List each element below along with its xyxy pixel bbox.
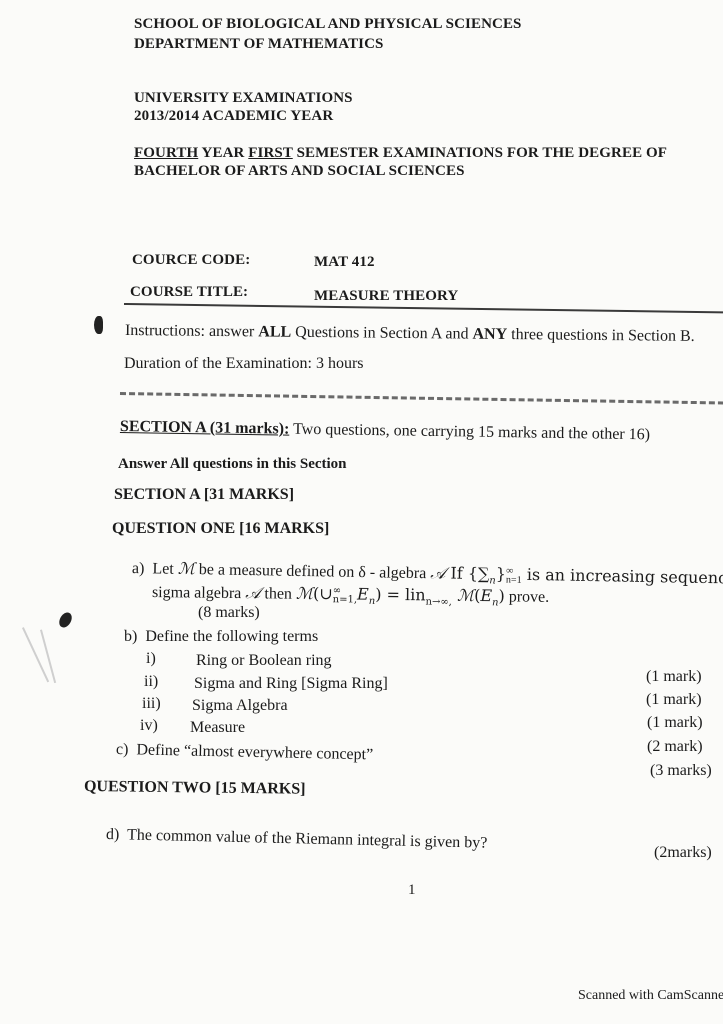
question-two-title: QUESTION TWO [15 MARKS] [84,778,306,799]
question-1c: c) Define “almost everywhere concept” [116,741,374,764]
semester: FIRST [248,145,292,161]
sub-item-marks: (1 mark) [646,668,702,686]
degree-line-2: BACHELOR OF ARTS AND SOCIAL SCIENCES [134,163,465,180]
exam-type: UNIVERSITY EXAMINATIONS [134,90,353,107]
course-code-label: COURCE CODE: [132,252,250,269]
question-1a-marks: (8 marks) [198,604,260,622]
academic-year: 2013/2014 ACADEMIC YEAR [134,108,333,125]
item-label: a) [132,560,145,577]
section-a-heading: SECTION A (31 marks): Two questions, one… [120,418,650,444]
section-a-instruction: Answer All questions in this Section [118,456,347,473]
exam-page: SCHOOL OF BIOLOGICAL AND PHYSICAL SCIENC… [0,0,723,1024]
exam-duration: Duration of the Examination: 3 hours [124,355,364,373]
sub-item-text: Ring or Boolean ring [196,652,332,670]
sub-item-num: i) [146,650,156,668]
sub-item-text: Sigma Algebra [192,697,288,715]
sub-item-num: iii) [142,695,161,713]
scanner-watermark: Scanned with CamScanner [578,988,723,1004]
question-2d: d) The common value of the Riemann integ… [106,826,488,853]
page-number: 1 [408,882,416,899]
course-title-value: MEASURE THEORY [314,288,458,305]
department-name: DEPARTMENT OF MATHEMATICS [134,36,383,53]
scan-artifact-mark [57,610,75,629]
year-level: FOURTH [134,145,198,161]
question-1c-marks: (3 marks) [650,762,712,780]
question-one-title: QUESTION ONE [16 MARKS] [112,520,329,538]
divider-dashed [120,392,723,404]
scan-artifact-hole-punch [94,316,103,334]
course-title-label: COURSE TITLE: [130,284,248,301]
sub-item-text: Sigma and Ring [Sigma Ring] [194,675,388,693]
scan-artifact-fold [22,627,49,682]
item-label: d) [106,826,120,843]
sub-item-marks: (2 mark) [647,738,703,756]
instructions: Instructions: answer ALL Questions in Se… [125,322,695,346]
school-name: SCHOOL OF BIOLOGICAL AND PHYSICAL SCIENC… [134,16,522,33]
sub-item-num: ii) [144,673,158,691]
item-label: b) [124,628,137,645]
item-label: c) [116,741,129,758]
sub-item-marks: (1 mark) [647,714,703,732]
formula: ℳ(∪∞n=1,En) = linn→∞, ℳ(En) [296,584,505,606]
section-a-title: SECTION A [31 MARKS] [114,486,294,504]
course-code-value: MAT 412 [314,254,375,271]
question-1b: b) Define the following terms [124,628,318,646]
sub-item-text: Measure [190,719,245,737]
sub-item-marks: (1 mark) [646,691,702,709]
degree-line-1: FOURTH YEAR FIRST SEMESTER EXAMINATIONS … [134,145,667,162]
scan-artifact-fold [40,629,56,683]
question-2d-marks: (2marks) [654,844,712,862]
sub-item-num: iv) [140,717,158,735]
